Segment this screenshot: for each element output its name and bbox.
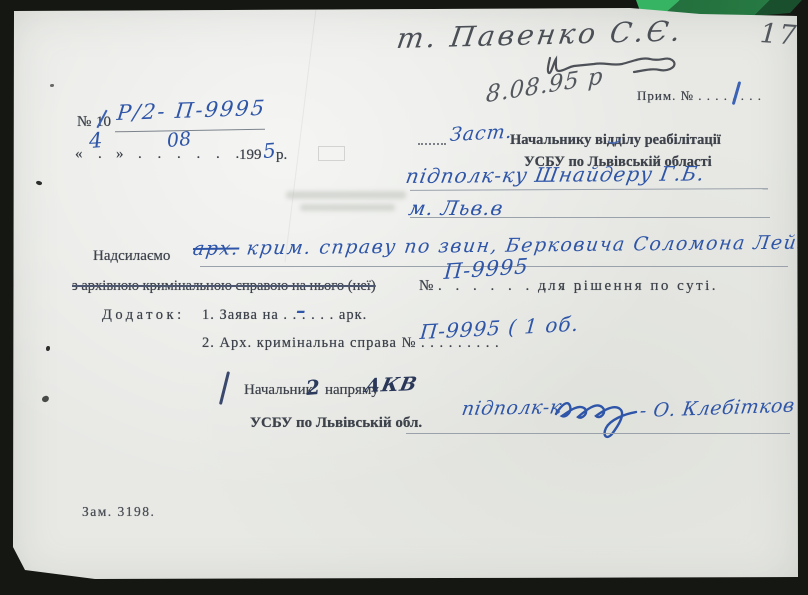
print-order-number: Зам. 3198. — [82, 504, 155, 520]
attachment-item-1: 1. Заява на . . . . . . арк. — [202, 307, 367, 324]
ink-bleedthrough — [300, 204, 395, 211]
struck-template-text: з архівною кримінальною справою на нього… — [72, 278, 376, 295]
handwritten-month: 08 — [166, 128, 192, 152]
pencil-underline — [0, 0, 330, 4]
handwritten-direction-number: 2 — [305, 375, 321, 400]
copy-label: Прим. № — [637, 88, 694, 103]
day-dot: . — [98, 146, 102, 163]
pen-check-mark — [219, 371, 230, 405]
signer-title-left: Начальник — [244, 382, 313, 399]
handwritten-recipient-name: підполк-ку Шнайдеру Г.Б. — [404, 161, 707, 188]
page-number: 17 — [759, 18, 799, 52]
paper-sheet: 17 т. Павенко С.Є. 8.08.95 р Прим. № . .… — [0, 0, 808, 595]
form-rule — [410, 188, 768, 191]
paper-speck — [41, 395, 49, 403]
handwritten-struck-word: арх. — [192, 238, 241, 261]
handwritten-year-digit: 5 — [262, 138, 276, 163]
handwritten-ref-number: Р/2- П-9995 — [116, 96, 268, 125]
handwritten-deputy-prefix: Заст. — [449, 121, 515, 146]
erased-stamp-mark — [318, 146, 345, 161]
scanned-document-page: 17 т. Павенко С.Є. 8.08.95 р Прим. № . .… — [0, 0, 808, 595]
form-rule — [410, 217, 770, 218]
handwritten-signer-name: - О. Клебітков — [638, 395, 796, 423]
handwritten-unit-abbr: АКВ — [363, 373, 420, 397]
paper-crease — [284, 9, 316, 262]
signer-org: УСБУ по Львівській обл. — [250, 415, 422, 432]
copy-dots: . . . . . . . . — [698, 88, 762, 103]
send-label: Надсилаємо — [93, 248, 170, 265]
quote-open: « — [75, 146, 83, 163]
pencil-addressee-note: т. Павенко С.Є. — [395, 15, 686, 55]
year-typed: 199 — [239, 147, 262, 164]
ink-bleedthrough — [286, 191, 406, 199]
paper-speck — [35, 180, 42, 186]
handwritten-sheet-count: – — [296, 300, 306, 322]
decision-clause: для рішення по суті. — [538, 278, 718, 295]
paper-speck — [46, 346, 50, 351]
handwritten-attachment-case-number: П-9995 ( 1 об. — [419, 312, 580, 344]
attachments-label: Додаток: — [102, 307, 185, 324]
case-number-label: № — [419, 278, 433, 295]
paper-speck — [50, 84, 54, 87]
form-dash-line — [418, 143, 446, 145]
handwritten-rank: підполк-к — [460, 396, 563, 420]
year-suffix: р. — [276, 147, 287, 164]
form-rule — [406, 433, 790, 434]
quote-close: » — [116, 146, 124, 163]
copy-number-line: Прим. № . . . . . . . . — [637, 88, 762, 104]
